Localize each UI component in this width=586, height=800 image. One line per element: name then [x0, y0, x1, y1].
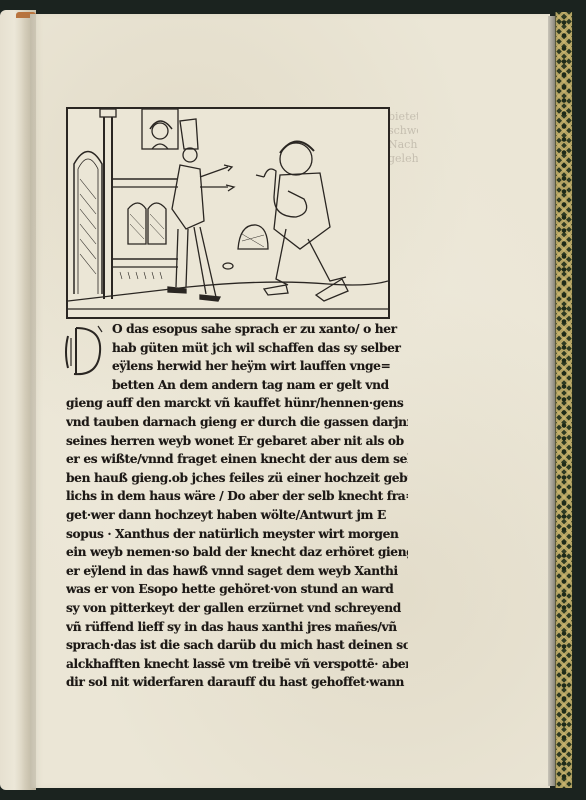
- text-line: sy von pitterkeyt der gallen erzürnet vn…: [66, 599, 408, 618]
- text-line: ein weyb nemen·so bald der knecht daz er…: [66, 543, 408, 562]
- initial-d-icon: [62, 322, 104, 380]
- text-line: get·wer dann hochzeyt haben wölte/Antwur…: [66, 506, 408, 525]
- bleed-through-text: bietet ich schwerlich Nach geleh: [388, 110, 418, 170]
- text-line: O das esopus sahe sprach er zu xanto/ o …: [66, 320, 408, 339]
- text-line: hab güten müt jch wil schaffen das sy se…: [66, 339, 408, 358]
- body-text-block: O das esopus sahe sprach er zu xanto/ o …: [66, 320, 408, 692]
- text-line: er eÿlend in das hawß vnnd saget dem wey…: [66, 562, 408, 581]
- text-line: sopus · Xanthus der natürlich meyster wi…: [66, 525, 408, 544]
- text-line: alckhafften knecht lassē vm treibē vñ ve…: [66, 655, 408, 674]
- bleed-line: Nach: [388, 138, 418, 152]
- text-line: dir sol nit widerfaren darauff du hast g…: [66, 673, 408, 692]
- text-line: seines herren weyb wonet Er gebaret aber…: [66, 432, 408, 451]
- woodcut-scene-icon: [68, 109, 388, 317]
- text-line: vñ rüffend lieff sy in das haus xanthi j…: [66, 618, 408, 637]
- bleed-line: schwerlich: [388, 124, 418, 138]
- text-line: vnd tauben darnach gieng er durch die ga…: [66, 413, 408, 432]
- spine-shadow: [20, 14, 36, 790]
- text-line: lichs in dem haus wäre / Do aber der sel…: [66, 487, 408, 506]
- bleed-line: bietet ich: [388, 110, 418, 124]
- text-line: sprach·das ist die sach darüb du mich ha…: [66, 636, 408, 655]
- text-line: eÿlens herwid her heÿm wirt lauffen vnge…: [66, 357, 408, 376]
- text-line: was er von Esopo hette gehöret·von stund…: [66, 580, 408, 599]
- text-line: gieng auff den marckt vñ kauffet hünr/he…: [66, 394, 408, 413]
- text-line: ben hauß gieng.ob jches feiles zü einer …: [66, 469, 408, 488]
- woodcut-illustration: [66, 107, 390, 319]
- text-line: er es wißte/vnnd fraget einen knecht der…: [66, 450, 408, 469]
- bleed-line: geleh: [388, 152, 418, 166]
- text-line: betten An dem andern tag nam er gelt vnd: [66, 376, 408, 395]
- decorative-binding-border: [555, 12, 573, 788]
